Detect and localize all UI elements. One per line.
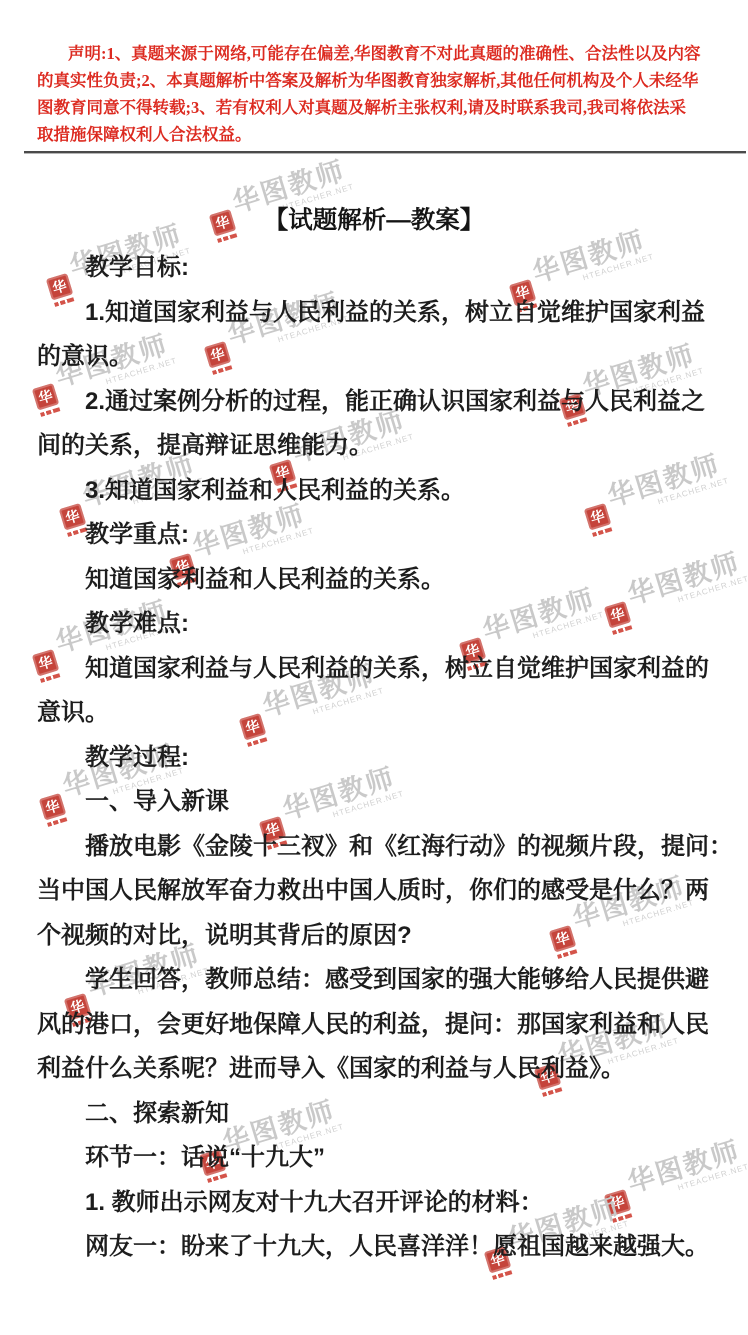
paragraph-teaching-objectives-heading: 教学目标: xyxy=(37,246,720,291)
page-title: 【试题解析—教案】 xyxy=(36,206,712,236)
paragraph-objective-2: 2.通过案例分析的过程，能正确认识国家利益与人民利益之 间的关系，提高辩证思维能… xyxy=(37,380,720,469)
paragraph-difficult-points: 知道国家利益与人民利益的关系，树立自觉维护国家利益的 意识。 xyxy=(37,647,720,736)
paragraph-netizen-comment-1: 网友一：盼来了十九大，人民喜洋洋！愿祖国越来越强大。 xyxy=(37,1225,720,1270)
paragraph-section-1-intro: 一、导入新课 xyxy=(37,780,720,825)
paragraph-video-lead-in: 播放电影《金陵十三衩》和《红海行动》的视频片段，提问： 当中国人民解放军奋力救出… xyxy=(37,825,720,959)
disclaimer-text: 1、真题来源于网络,可能存在偏差,华图教育不对此真题的准确性、合法性以及内容 的… xyxy=(37,44,701,144)
document-page: 华华图教师HTEACHER.NET 华华图教师HTEACHER.NET 华华图教… xyxy=(0,0,748,1335)
paragraph-teacher-summary: 学生回答，教师总结：感受到国家的强大能够给人民提供避 风的港口，会更好地保障人民… xyxy=(37,958,720,1092)
document-content: 声明:1、真题来源于网络,可能存在偏差,华图教育不对此真题的准确性、合法性以及内… xyxy=(0,40,748,1270)
paragraph-key-points-heading: 教学重点: xyxy=(37,513,720,558)
paragraph-teacher-materials: 1. 教师出示网友对十九大召开评论的材料： xyxy=(37,1181,720,1226)
disclaimer-label: 声明: xyxy=(68,44,107,63)
paragraph-process-heading: 教学过程: xyxy=(37,736,720,781)
disclaimer: 声明:1、真题来源于网络,可能存在偏差,华图教育不对此真题的准确性、合法性以及内… xyxy=(37,40,718,148)
paragraph-step-1-heading: 环节一：话说“十九大” xyxy=(37,1136,720,1181)
paragraph-objective-1: 1.知道国家利益与人民利益的关系，树立自觉维护国家利益 的意识。 xyxy=(37,291,720,380)
paragraph-difficult-points-heading: 教学难点: xyxy=(37,602,720,647)
header-divider xyxy=(24,151,746,154)
paragraph-key-points: 知道国家利益和人民利益的关系。 xyxy=(37,558,720,603)
paragraph-section-2-explore: 二、探索新知 xyxy=(37,1092,720,1137)
paragraph-objective-3: 3.知道国家利益和人民利益的关系。 xyxy=(37,469,720,514)
